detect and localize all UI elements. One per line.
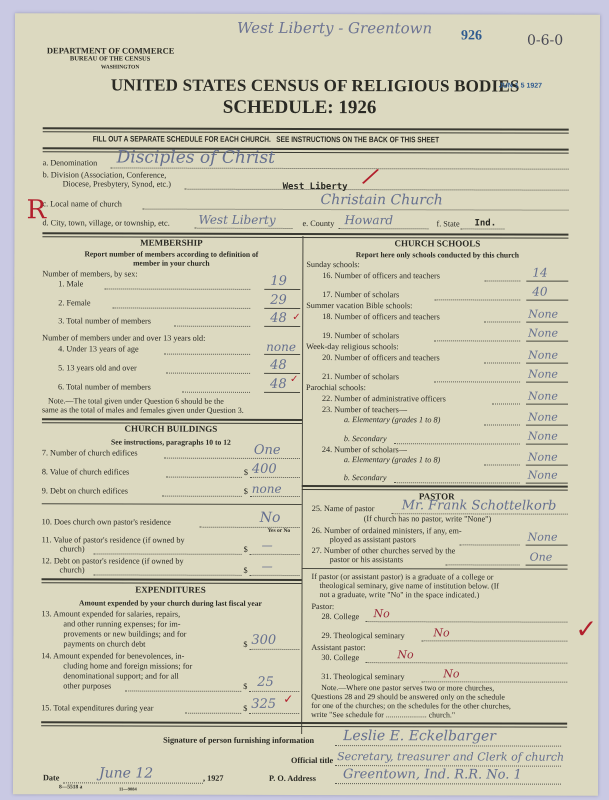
divider — [42, 578, 302, 584]
form-title: UNITED STATES CENSUS OF RELIGIOUS BODIES — [111, 75, 520, 96]
divider — [41, 721, 567, 727]
answer-line — [526, 545, 568, 546]
summer-scholars-field[interactable]: None — [528, 327, 558, 340]
bureau-city: WASHINGTON — [101, 64, 139, 70]
form-instruction: FILL OUT A SEPARATE SCHEDULE FOR EACH CH… — [93, 134, 440, 144]
dotted-leader — [484, 321, 520, 322]
pastor-college-field[interactable]: No — [373, 607, 389, 620]
po-address-field[interactable]: Greentown, Ind. R.R. No. 1 — [343, 767, 522, 782]
benevolences-field[interactable]: 25 — [257, 675, 274, 690]
assistant-pastor-sublabel: Assistant pastor: — [311, 643, 365, 653]
q14-line-1: 14. Amount expended for benevolences, in… — [41, 651, 184, 661]
reference-code: 0-6-0 — [527, 33, 563, 49]
yes-or-no-hint: Yes or No — [268, 528, 291, 534]
dotted-leader — [460, 544, 520, 545]
pastor-note-4: write "See schedule for ................… — [311, 710, 455, 720]
dotted-leader — [446, 564, 520, 565]
q31-label: 31. Theological seminary — [321, 672, 404, 682]
typed-location-stamp: West Liberty — [283, 182, 348, 192]
owns-residence-field[interactable]: No — [260, 510, 281, 526]
q16-label: 16. Number of officers and teachers — [322, 271, 440, 281]
assistant-seminary-field[interactable]: No — [443, 667, 459, 680]
pastor-sublabel: Pastor: — [311, 602, 334, 612]
female-count-field[interactable]: 29 — [270, 293, 287, 308]
sunday-schools-label: Sunday schools: — [306, 260, 359, 270]
q13-line-3: provements or new buildings; and for — [63, 629, 186, 639]
signature-label: Signature of person furnishing informati… — [163, 736, 314, 746]
q13-line-2: and other running expenses; for im- — [63, 619, 180, 629]
answer-line — [526, 281, 568, 282]
answer-line — [526, 483, 568, 484]
answer-line — [526, 565, 568, 566]
answer-line — [526, 444, 568, 445]
answer-line — [526, 341, 568, 342]
dotted-leader — [94, 574, 242, 575]
residence-value-label-2: church) — [60, 544, 85, 554]
po-address-label: P. O. Address — [269, 774, 316, 784]
dotted-leader — [434, 340, 520, 341]
answer-line — [365, 662, 567, 664]
q26-label-2: ployed as assistant pastors — [330, 535, 416, 545]
dotted-leader — [164, 354, 250, 355]
q28-label: 28. College — [321, 612, 359, 622]
pastor-seminary-field[interactable]: No — [433, 626, 449, 639]
church-buildings-heading: CHURCH BUILDINGS — [42, 423, 300, 434]
signature-line — [335, 745, 561, 747]
scholars-elementary-field[interactable]: None — [528, 451, 558, 464]
q24b-label: b. Secondary — [344, 473, 387, 483]
dotted-leader — [182, 392, 250, 393]
dotted-leader — [394, 443, 520, 444]
residence-debt-label-2: church) — [60, 565, 85, 575]
county-label: e. County — [302, 219, 334, 229]
answer-line — [264, 326, 300, 327]
parochial-admin-field[interactable]: None — [528, 390, 558, 403]
state-field[interactable]: Ind. — [474, 218, 496, 228]
dotted-leader — [166, 477, 242, 478]
edifices-count-label: 7. Number of church edifices — [42, 448, 138, 458]
dotted-leader — [94, 553, 242, 554]
divider — [42, 503, 302, 505]
under-13-label: 4. Under 13 years of age — [58, 344, 139, 354]
q27-label-2: pastor or his assistants — [330, 555, 403, 565]
total-expenditures-label: 15. Total expenditures during year — [41, 703, 153, 713]
members-by-sex-label: Number of members, by sex: — [42, 269, 137, 279]
edifices-value-field[interactable]: 400 — [252, 462, 277, 477]
edifices-debt-label: 9. Debt on church edifices — [42, 486, 128, 496]
form-subtitle: SCHEDULE: 1926 — [223, 97, 377, 119]
dotted-leader — [484, 362, 520, 363]
summer-officers-field[interactable]: None — [528, 308, 558, 321]
answer-line — [526, 300, 568, 301]
divider — [43, 127, 569, 133]
official-title-field[interactable]: Secretary, treasurer and Clerk of church — [337, 750, 564, 764]
residence-debt-field[interactable]: — — [262, 560, 273, 573]
form-code-1: 8—5518 a — [59, 784, 82, 790]
q23a-label: a. Elementary (grades 1 to 8) — [344, 415, 440, 425]
answer-line — [526, 363, 568, 364]
denomination-line — [111, 167, 569, 169]
q20-label: 20. Number of officers and teachers — [322, 353, 440, 363]
answer-line — [264, 354, 300, 355]
red-check-mark: ✓ — [292, 312, 300, 323]
dotted-leader — [174, 326, 250, 327]
dollar-sign: $ — [243, 704, 247, 714]
dollar-sign: $ — [244, 487, 248, 497]
dotted-leader — [484, 424, 520, 425]
edifices-count-field[interactable]: One — [254, 443, 281, 458]
q29-label: 29. Theological seminary — [321, 631, 404, 641]
total-by-age-field[interactable]: 48 — [270, 377, 287, 392]
answer-line — [264, 392, 300, 393]
weekday-schools-label: Week-day religious schools: — [306, 342, 399, 352]
assistant-ministers-field[interactable]: None — [528, 531, 558, 544]
residence-value-field[interactable]: — — [262, 539, 273, 552]
q22-label: 22. Number of administrative officers — [322, 394, 446, 404]
expenditures-subheading: Amount expended by your church during la… — [41, 598, 299, 608]
answer-line — [264, 308, 300, 309]
division-line — [185, 189, 569, 191]
answer-line — [250, 496, 300, 497]
city-field[interactable]: West Liberty — [198, 213, 275, 227]
city-line — [194, 228, 292, 229]
total-members-field[interactable]: 48 — [270, 311, 287, 326]
dotted-leader — [104, 288, 250, 289]
dollar-sign: $ — [244, 566, 248, 576]
city-label: d. City, town, village, or township, etc… — [42, 218, 169, 228]
red-check-mark: ✓ — [283, 692, 293, 706]
membership-note-2: same as the total of males and females g… — [42, 405, 244, 416]
denomination-field[interactable]: Disciples of Christ — [117, 148, 275, 168]
dollar-sign: $ — [243, 640, 247, 650]
grad-note-3: not a graduate, write "No" in the space … — [319, 590, 479, 600]
expenditures-heading: EXPENDITURES — [42, 584, 300, 595]
q19-label: 19. Number of scholars — [322, 331, 399, 341]
answer-line — [526, 404, 568, 405]
other-churches-field[interactable]: One — [530, 551, 553, 564]
date-label: Date — [43, 773, 59, 783]
sunday-scholars-field[interactable]: 40 — [532, 285, 547, 299]
local-name-field[interactable]: Christain Church — [321, 192, 443, 208]
teachers-secondary-field[interactable]: None — [528, 430, 558, 443]
po-address-line — [335, 783, 561, 785]
signature-field[interactable]: Leslie E. Eckelbarger — [343, 728, 496, 744]
q24a-label: a. Elementary (grades 1 to 8) — [344, 455, 440, 465]
denomination-label: a. Denomination — [43, 158, 98, 168]
department-name: DEPARTMENT OF COMMERCE — [47, 45, 175, 55]
received-date-stamp: JUN 1 5 1927 — [499, 83, 542, 90]
red-check-mark: ✓ — [290, 374, 298, 385]
county-field[interactable]: Howard — [344, 213, 393, 227]
assistant-college-field[interactable]: No — [397, 648, 413, 661]
answer-line — [250, 477, 300, 478]
q14-line-3: denominational support; and for all — [63, 671, 179, 681]
13-and-over-field[interactable]: 48 — [270, 358, 287, 373]
answer-line — [526, 382, 568, 383]
answer-line — [365, 621, 567, 623]
13-and-over-label: 5. 13 years old and over — [58, 363, 137, 373]
divider — [302, 568, 568, 570]
local-name-label: c. Local name of church — [43, 199, 122, 209]
under-13-field[interactable]: none — [266, 340, 296, 354]
answer-line — [250, 575, 300, 576]
official-title-label: Official title — [291, 756, 333, 766]
date-year: , 1927 — [203, 774, 223, 784]
bureau-name: BUREAU OF THE CENSUS — [70, 55, 150, 62]
edifices-debt-field[interactable]: none — [252, 482, 282, 496]
dollar-sign: $ — [244, 545, 248, 555]
membership-heading: MEMBERSHIP — [42, 237, 300, 248]
total-expenditures-field[interactable]: 325 — [251, 697, 276, 712]
male-label: 1. Male — [58, 279, 83, 289]
operating-expenses-field[interactable]: 300 — [251, 633, 276, 648]
answer-line — [249, 649, 299, 650]
q25-hint: (If church has no pastor, write "None") — [364, 514, 492, 524]
q21-label: 21. Number of scholars — [322, 372, 399, 382]
dotted-leader — [434, 299, 520, 300]
pastor-name-field[interactable]: Mr. Frank Schottelkorb — [402, 498, 557, 513]
county-line — [338, 228, 428, 229]
answer-line — [249, 713, 299, 714]
q17-label: 17. Number of scholars — [322, 290, 399, 300]
owns-residence-label: 10. Does church own pastor's residence — [42, 517, 171, 527]
red-check-mark: / — [360, 162, 381, 190]
dotted-leader — [394, 482, 520, 483]
dotted-leader — [162, 496, 242, 497]
dotted-leader — [484, 280, 520, 281]
q13-line-4: payments on church debt — [63, 639, 145, 649]
weekday-officers-field[interactable]: None — [528, 349, 558, 362]
division-label-2: Diocese, Presbytery, Synod, etc.) — [63, 179, 171, 189]
q25-label: 25. Name of pastor — [312, 504, 375, 514]
scholars-secondary-field[interactable]: None — [528, 469, 558, 482]
q23b-label: b. Secondary — [344, 434, 387, 444]
form-code-2: 11—9084 — [119, 787, 137, 792]
teachers-elementary-field[interactable]: None — [528, 411, 558, 424]
handwritten-location-note: West Liberty - Greentown — [237, 19, 432, 38]
census-form-page: West Liberty - Greentown 926 0-6-0 DEPAR… — [13, 13, 600, 796]
membership-subheading-2: member in your church — [42, 258, 300, 268]
weekday-scholars-field[interactable]: None — [528, 368, 558, 381]
male-count-field[interactable]: 19 — [270, 274, 287, 289]
dotted-leader — [484, 464, 520, 465]
summer-schools-label: Summer vacation Bible schools: — [306, 301, 412, 311]
edifices-value-label: 8. Value of church edifices — [42, 467, 129, 477]
dollar-sign: $ — [244, 468, 248, 478]
dotted-leader — [112, 307, 250, 308]
date-line — [63, 782, 203, 783]
dotted-leader — [185, 713, 241, 714]
parochial-schools-label: Parochial schools: — [306, 383, 366, 393]
church-schools-subheading: Report here only schools conducted by th… — [306, 250, 568, 260]
state-label: f. State — [436, 219, 459, 229]
q30-label: 30. College — [321, 653, 359, 663]
answer-line — [250, 554, 300, 555]
dollar-sign: $ — [243, 682, 247, 692]
answer-line — [526, 322, 568, 323]
q24-label: 24. Number of scholars— — [322, 445, 407, 455]
dotted-leader — [492, 403, 520, 404]
answer-line — [421, 640, 567, 641]
sunday-officers-field[interactable]: 14 — [532, 266, 547, 280]
q18-label: 18. Number of officers and teachers — [322, 312, 440, 322]
total-by-age-label: 6. Total number of members — [58, 382, 151, 392]
dotted-leader — [125, 691, 241, 692]
members-by-age-label: Number of members under and over 13 year… — [42, 333, 205, 343]
date-field[interactable]: June 12 — [99, 765, 153, 781]
q13-line-1: 13. Amount expended for salaries, repair… — [41, 609, 180, 619]
answer-line — [526, 425, 568, 426]
local-name-line — [143, 209, 569, 211]
q14-line-2: cluding home and foreign missions; for — [63, 661, 192, 671]
divider — [302, 485, 568, 491]
dotted-leader — [166, 373, 250, 374]
state-line — [460, 228, 504, 229]
total-members-label: 3. Total number of members — [58, 316, 151, 326]
answer-line — [526, 465, 568, 466]
church-schools-heading: CHURCH SCHOOLS — [306, 238, 568, 249]
female-label: 2. Female — [58, 298, 90, 308]
red-check-mark: ✓ — [575, 615, 597, 645]
dotted-leader — [434, 381, 520, 382]
schedule-number-stamp: 926 — [461, 28, 482, 44]
q23-label: 23. Number of teachers— — [322, 405, 407, 415]
answer-line — [264, 289, 300, 290]
q14-line-4: other purposes — [63, 681, 111, 691]
